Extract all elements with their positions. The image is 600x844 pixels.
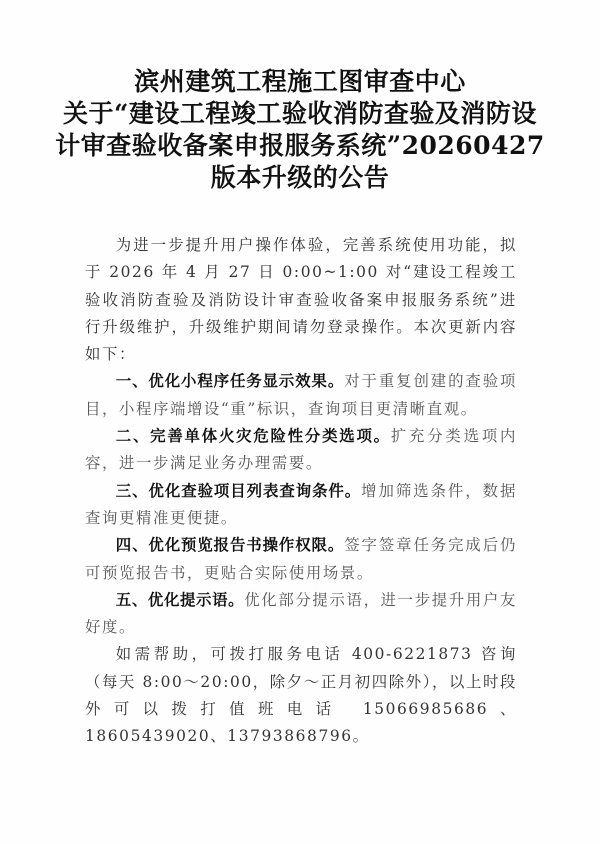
update-item-heading: 二、完善单体火灾危险性分类选项。 xyxy=(116,427,391,445)
update-item-heading: 三、优化查验项目列表查询条件。 xyxy=(116,482,361,500)
update-item-heading: 五、优化提示语。 xyxy=(116,591,244,609)
update-item-4: 四、优化预览报告书操作权限。签字签章任务完成后仍可预览报告书，更贴合实际使用场景… xyxy=(85,532,517,587)
update-item-heading: 一、优化小程序任务显示效果。 xyxy=(116,372,344,390)
contact-text: 如需帮助，可拨打服务电话 400-6221873 咨询（每天 8:00～20:0… xyxy=(85,645,517,745)
update-item-heading: 四、优化预览报告书操作权限。 xyxy=(116,536,344,554)
title-line-4: 版本升级的公告 xyxy=(0,162,600,194)
intro-text: 为进一步提升用户操作体验，完善系统使用功能，拟于 2026 年 4 月 27 日… xyxy=(85,236,517,363)
update-item-3: 三、优化查验项目列表查询条件。增加筛选条件，数据查询更精准更便捷。 xyxy=(85,478,517,533)
title-line-2: 关于“建设工程竣工验收消防查验及消防设 xyxy=(0,98,600,130)
document-page: 滨州建筑工程施工图审查中心 关于“建设工程竣工验收消防查验及消防设 计审查验收备… xyxy=(0,0,600,844)
title-line-organization: 滨州建筑工程施工图审查中心 xyxy=(0,66,600,98)
announcement-title: 滨州建筑工程施工图审查中心 关于“建设工程竣工验收消防查验及消防设 计审查验收备… xyxy=(0,66,600,194)
contact-paragraph: 如需帮助，可拨打服务电话 400-6221873 咨询（每天 8:00～20:0… xyxy=(85,641,517,750)
announcement-body: 为进一步提升用户操作体验，完善系统使用功能，拟于 2026 年 4 月 27 日… xyxy=(85,232,517,751)
title-line-3: 计审查验收备案申报服务系统”20260427 xyxy=(0,130,600,162)
update-item-2: 二、完善单体火灾危险性分类选项。扩充分类选项内容，进一步满足业务办理需要。 xyxy=(85,423,517,478)
update-item-5: 五、优化提示语。优化部分提示语，进一步提升用户友好度。 xyxy=(85,587,517,642)
update-item-1: 一、优化小程序任务显示效果。对于重复创建的查验项目，小程序端增设“重”标识，查询… xyxy=(85,368,517,423)
intro-paragraph: 为进一步提升用户操作体验，完善系统使用功能，拟于 2026 年 4 月 27 日… xyxy=(85,232,517,368)
